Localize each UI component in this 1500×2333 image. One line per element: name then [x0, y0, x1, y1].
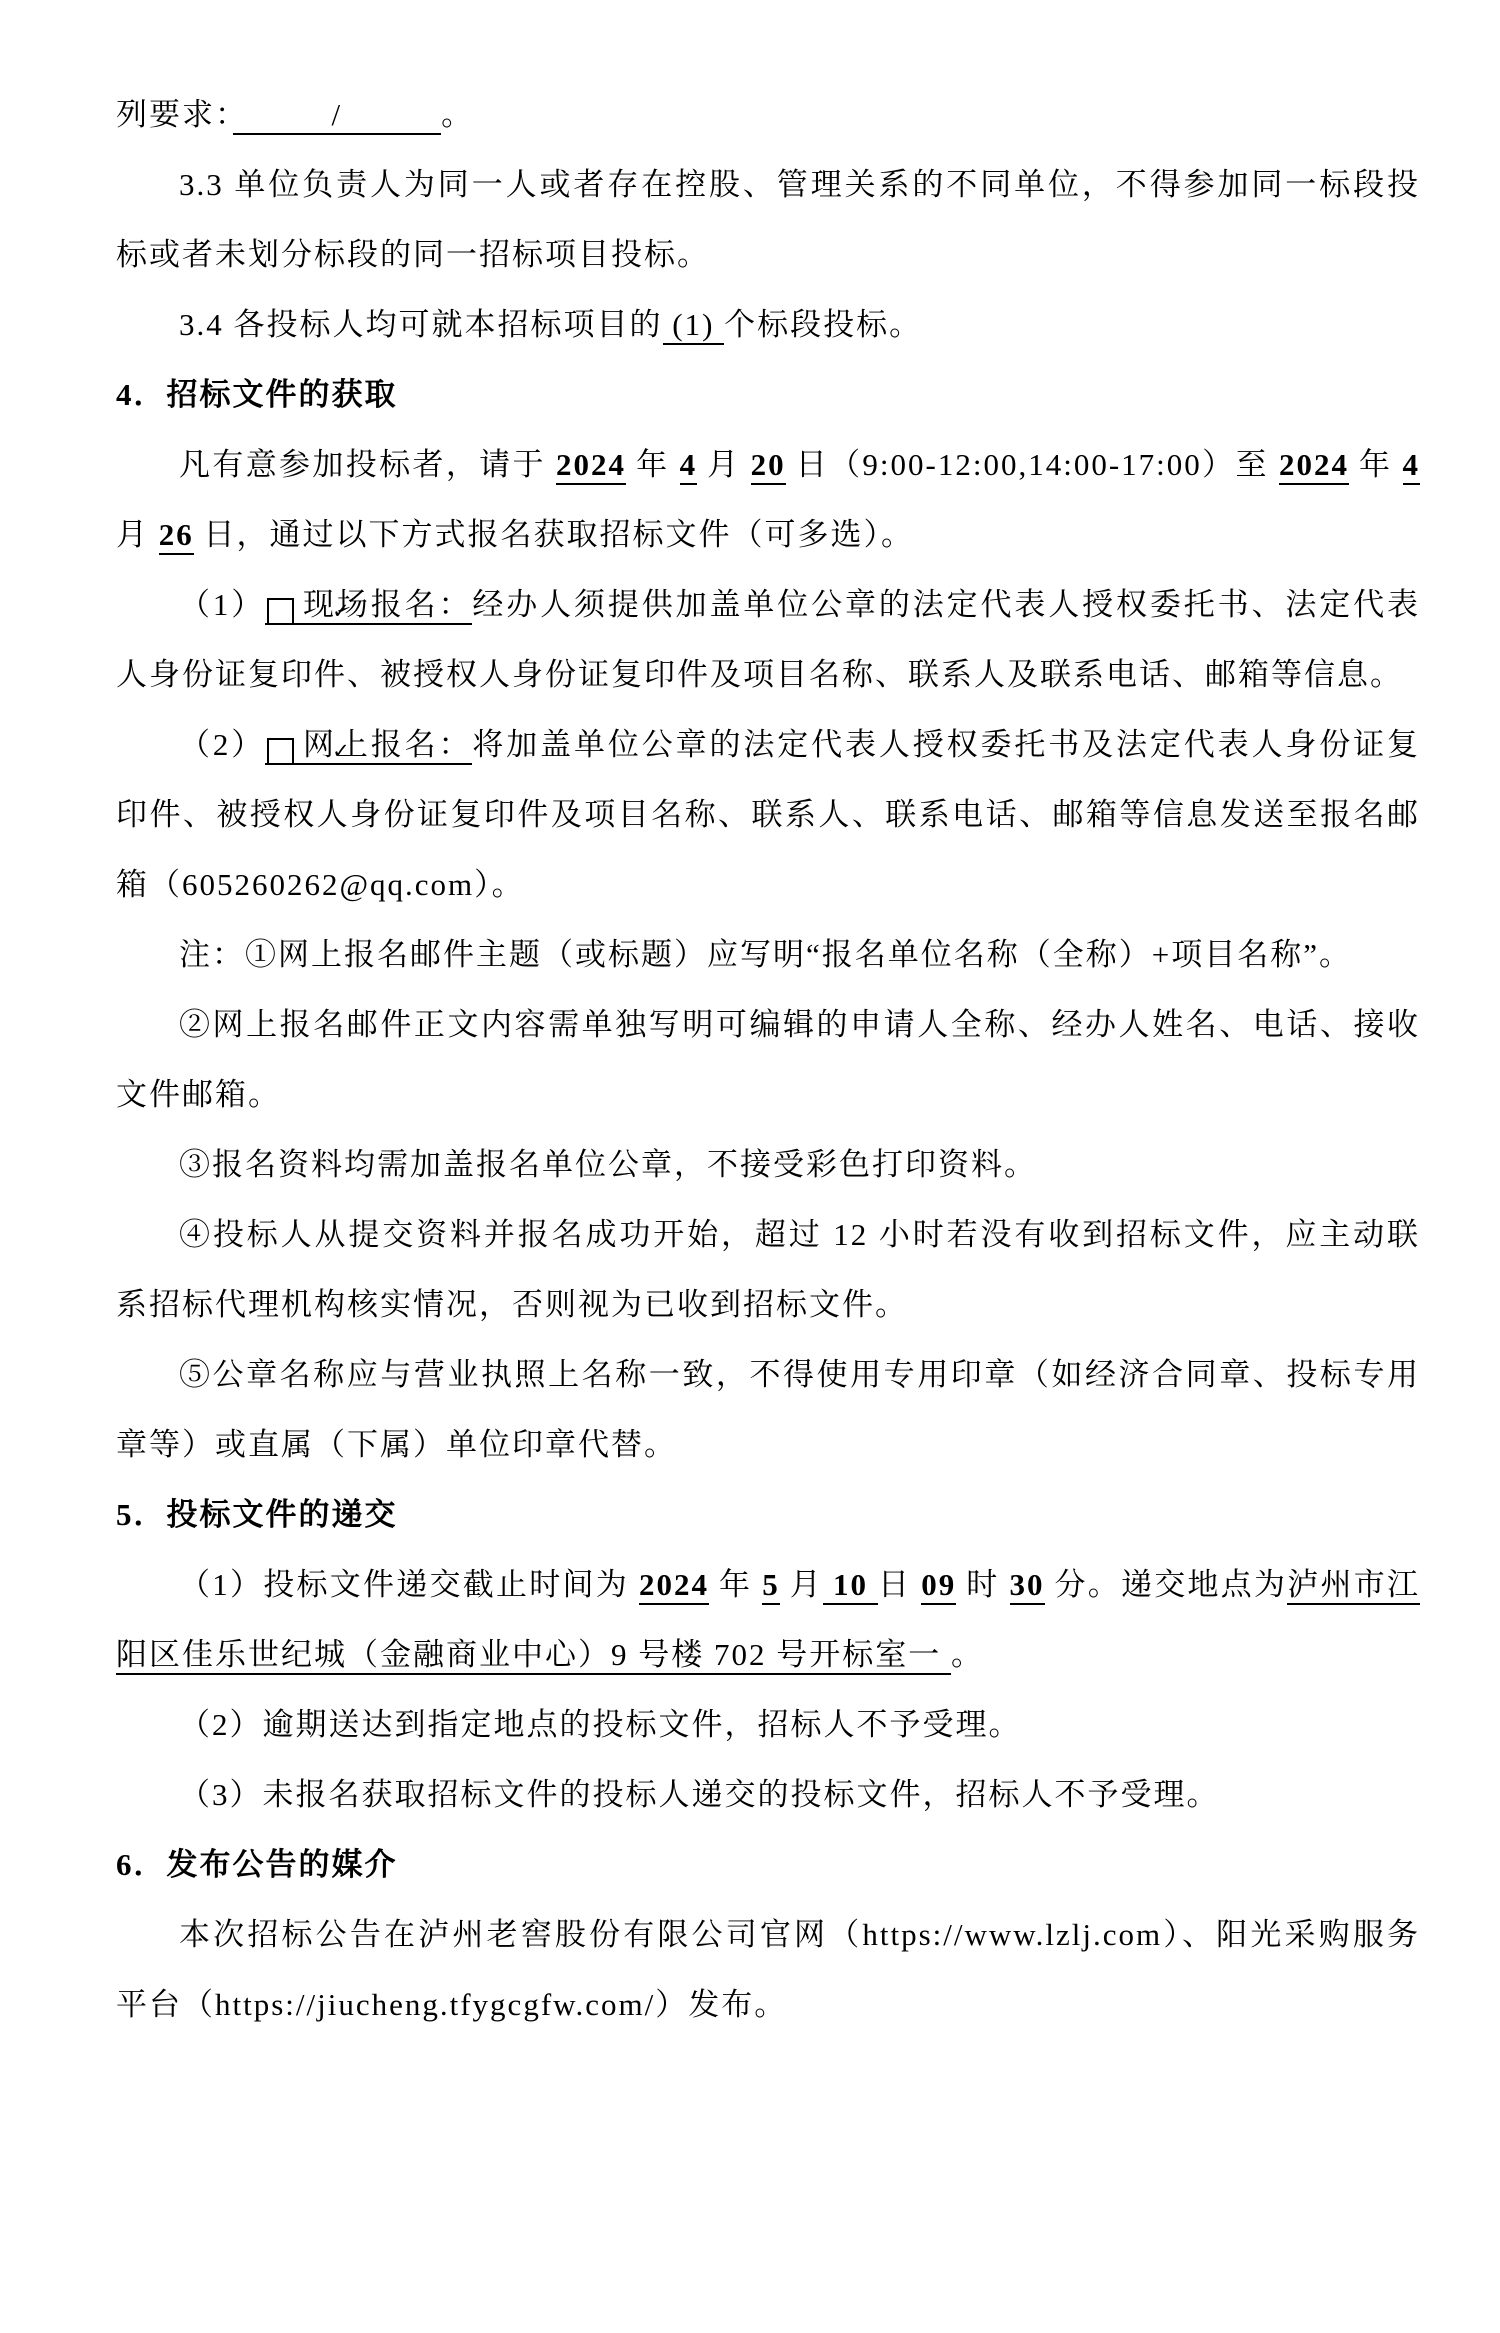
text-segment: 。 — [951, 1637, 984, 1672]
text-segment: 5．投标文件的递交 — [116, 1497, 398, 1532]
para-onsite-registration: （1）✓现场报名：经办人须提供加盖单位公章的法定代表人授权委托书、法定代表人身份… — [116, 570, 1420, 710]
para-unregistered-submission: （3）未报名获取招标文件的投标人递交的投标文件，招标人不予受理。 — [116, 1760, 1420, 1830]
text-segment: 注：①网上报名邮件主题（或标题）应写明“报名单位名称（全称）+项目名称”。 — [179, 937, 1352, 972]
document-body: 列要求： / 。3.3 单位负责人为同一人或者存在控股、管理关系的不同单位，不得… — [116, 80, 1420, 2040]
para-late-submission: （2）逾期送达到指定地点的投标文件，招标人不予受理。 — [116, 1690, 1420, 1760]
check-mark-glyph: ✓ — [267, 738, 294, 765]
end-day-value: 26 — [159, 517, 194, 555]
text-segment: 年 — [626, 447, 680, 482]
text-segment: ②网上报名邮件正文内容需单独写明可编辑的申请人全称、经办人姓名、电话、接收文件邮… — [116, 1007, 1420, 1112]
heading-section-6: 6．发布公告的媒介 — [116, 1830, 1420, 1900]
text-segment: 。 — [441, 97, 474, 132]
start-month-value: 4 — [680, 447, 698, 485]
text-segment: 本次招标公告在泸州老窖股份有限公司官网（ — [179, 1917, 862, 1952]
deadline-hour-value: 09 — [921, 1567, 956, 1605]
online-registration-label: 网上报名： — [302, 727, 472, 765]
onsite-registration-label: 现场报名： — [302, 587, 472, 625]
deadline-year-value: 2024 — [639, 1567, 709, 1605]
para-announcement-media: 本次招标公告在泸州老窖股份有限公司官网（https://www.lzlj.com… — [116, 1900, 1420, 2040]
end-year-value: 2024 — [1279, 447, 1349, 485]
start-day-value: 20 — [751, 447, 786, 485]
text-segment: （3）未报名获取招标文件的投标人递交的投标文件，招标人不予受理。 — [179, 1777, 1220, 1812]
text-segment: 3.3 单位负责人为同一人或者存在控股、管理关系的不同单位，不得参加同一标段投标… — [116, 167, 1420, 272]
start-year-value: 2024 — [556, 447, 626, 485]
deadline-minute-value: 30 — [1010, 1567, 1045, 1605]
text-segment: 月 — [780, 1567, 823, 1602]
text-segment: ）发布。 — [655, 1987, 787, 2022]
deadline-month-value: 5 — [762, 1567, 780, 1605]
deadline-day-value: 10 — [823, 1567, 878, 1605]
note-5: ⑤公章名称应与营业执照上名称一致，不得使用专用印章（如经济合同章、投标专用章等）… — [116, 1340, 1420, 1480]
text-segment: 6．发布公告的媒介 — [116, 1847, 398, 1882]
text-segment: 年 — [709, 1567, 762, 1602]
checkbox-checked-icon: ✓ — [265, 727, 302, 765]
clause-continuation: 列要求： / 。 — [116, 80, 1420, 150]
text-segment: （2） — [179, 727, 265, 762]
text-segment: 个标段投标。 — [724, 307, 922, 342]
checkbox-checked-icon: ✓ — [265, 587, 302, 625]
text-segment: ）。 — [474, 867, 525, 902]
end-month-value: 4 — [1403, 447, 1421, 485]
text-segment: 3.4 各投标人均可就本招标项目的 — [179, 307, 663, 342]
text-segment: 日，通过以下方式报名获取招标文件（可多选）。 — [194, 517, 914, 552]
registration-email-text: 605260262@qq.com — [182, 867, 474, 902]
text-segment: 日（9:00-12:00,14:00-17:00）至 — [786, 447, 1279, 482]
text-segment: （1）投标文件递交截止时间为 — [179, 1567, 639, 1602]
text-segment: 时 — [956, 1567, 1009, 1602]
heading-section-4: 4．招标文件的获取 — [116, 360, 1420, 430]
text-segment: ④投标人从提交资料并报名成功开始，超过 12 小时若没有收到招标文件，应主动联系… — [116, 1217, 1420, 1322]
check-mark-glyph: ✓ — [267, 598, 294, 625]
heading-section-5: 5．投标文件的递交 — [116, 1480, 1420, 1550]
text-segment: 日 — [878, 1567, 921, 1602]
company-site-url-text: https://www.lzlj.com — [862, 1917, 1162, 1952]
text-segment: 凡有意参加投标者，请于 — [179, 447, 556, 482]
clause-3-3: 3.3 单位负责人为同一人或者存在控股、管理关系的不同单位，不得参加同一标段投标… — [116, 150, 1420, 290]
procurement-platform-url-text: https://jiucheng.tfygcgfw.com/ — [215, 1987, 655, 2022]
clause-3-4: 3.4 各投标人均可就本招标项目的 (1) 个标段投标。 — [116, 290, 1420, 360]
note-4: ④投标人从提交资料并报名成功开始，超过 12 小时若没有收到招标文件，应主动联系… — [116, 1200, 1420, 1340]
note-1: 注：①网上报名邮件主题（或标题）应写明“报名单位名称（全称）+项目名称”。 — [116, 920, 1420, 990]
text-segment: （2）逾期送达到指定地点的投标文件，招标人不予受理。 — [179, 1707, 1022, 1742]
text-segment: ⑤公章名称应与营业执照上名称一致，不得使用专用印章（如经济合同章、投标专用章等）… — [116, 1357, 1420, 1462]
lot-count-value: (1) — [663, 307, 725, 345]
para-online-registration: （2）✓网上报名：将加盖单位公章的法定代表人授权委托书及法定代表人身份证复印件、… — [116, 710, 1420, 920]
para-document-acquisition-time: 凡有意参加投标者，请于 2024 年 4 月 20 日（9:00-12:00,1… — [116, 430, 1420, 570]
para-submission-deadline: （1）投标文件递交截止时间为 2024 年 5 月 10 日 09 时 30 分… — [116, 1550, 1420, 1690]
blank-slash-field: / — [233, 97, 442, 135]
text-segment: 月 — [116, 517, 159, 552]
text-segment: ③报名资料均需加盖报名单位公章，不接受彩色打印资料。 — [179, 1147, 1037, 1182]
text-segment: 年 — [1349, 447, 1403, 482]
text-segment: 月 — [697, 447, 751, 482]
note-2: ②网上报名邮件正文内容需单独写明可编辑的申请人全称、经办人姓名、电话、接收文件邮… — [116, 990, 1420, 1130]
text-segment: 4．招标文件的获取 — [116, 377, 398, 412]
document-page: 列要求： / 。3.3 单位负责人为同一人或者存在控股、管理关系的不同单位，不得… — [0, 0, 1500, 2333]
text-segment: 列要求： — [116, 97, 233, 132]
text-segment: （1） — [179, 587, 265, 622]
note-3: ③报名资料均需加盖报名单位公章，不接受彩色打印资料。 — [116, 1130, 1420, 1200]
text-segment: 分。递交地点为 — [1045, 1567, 1288, 1602]
